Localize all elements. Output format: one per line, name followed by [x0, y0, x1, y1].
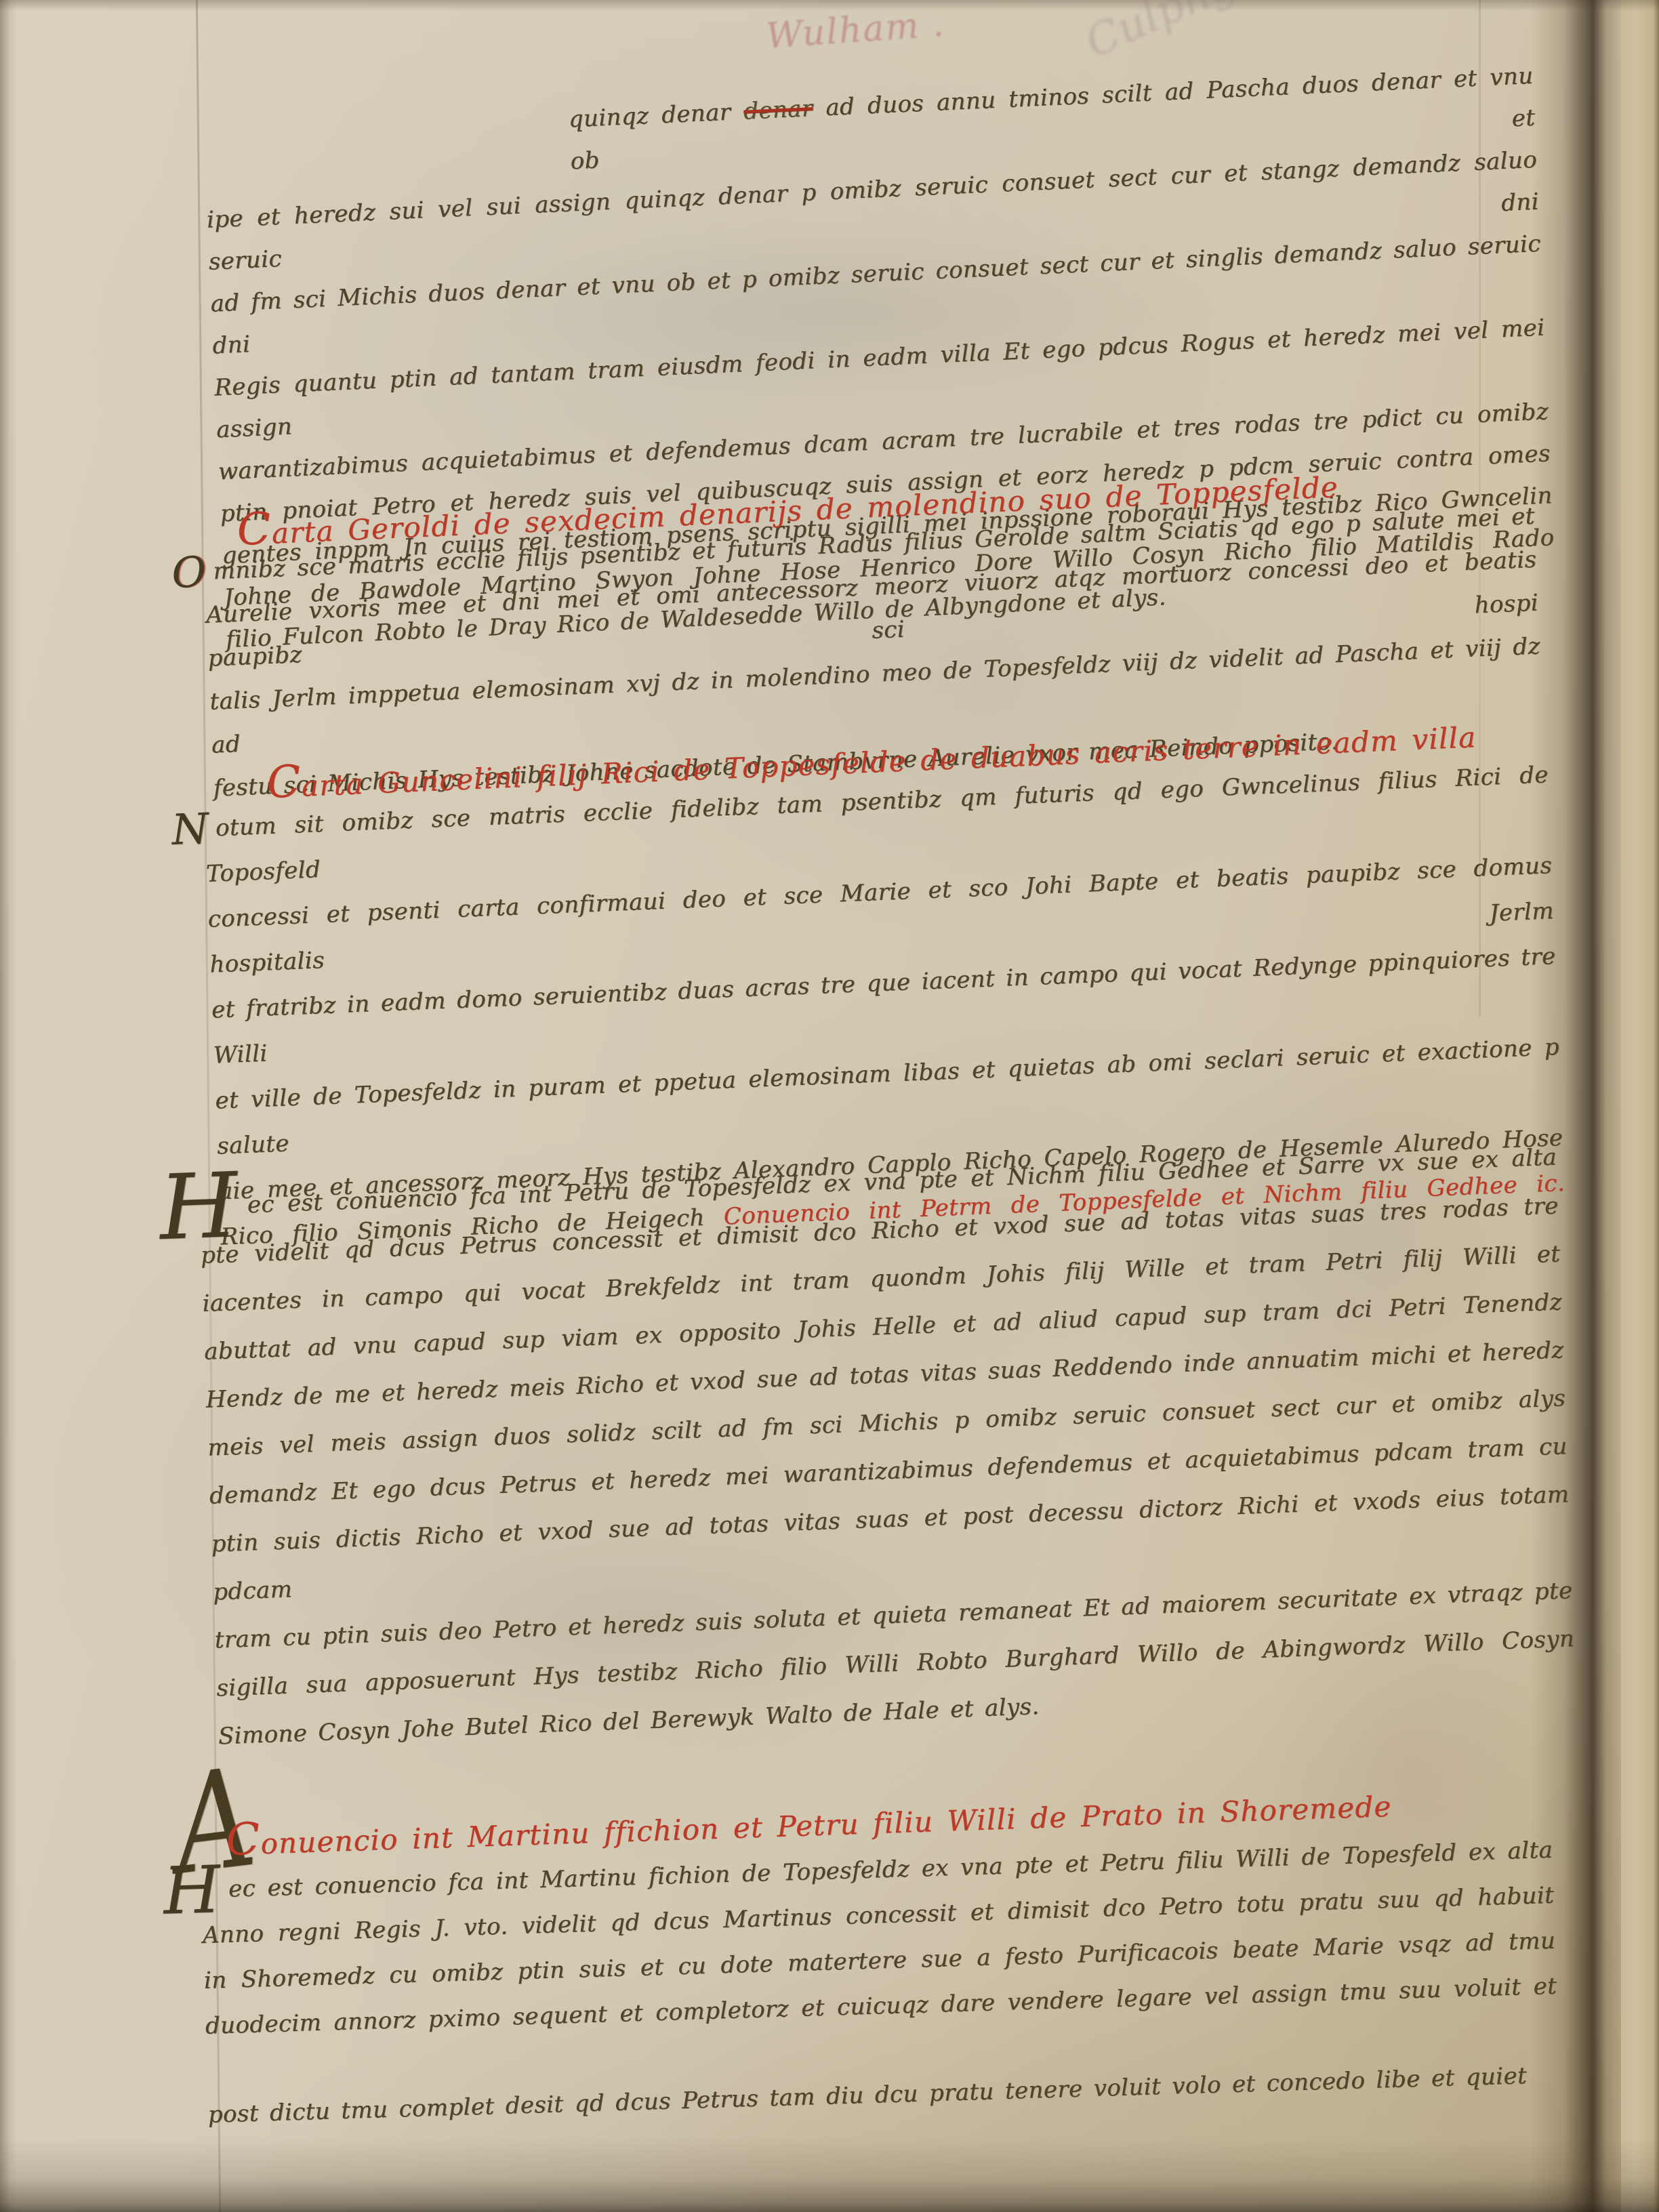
decorated-initial: O: [171, 556, 207, 590]
manuscript-photo: { "page": { "parchment_color": "#d3c9b3"…: [0, 0, 1659, 2212]
manuscript-line: post dictu tmu complet desit qd dcus Pet…: [207, 2053, 1560, 2138]
decorated-initial: H: [159, 1181, 239, 1233]
manuscript-text: quinqz denar: [568, 98, 744, 134]
charter-block-4-conuencio-petri: Hec est conuencio fca int Petru de Topes…: [198, 1133, 1577, 1761]
top-edge-shadow: [0, 0, 1659, 11]
charter-block-5-conuencio-martini: Hec est conuencio fca int Martinu fichio…: [201, 1828, 1560, 2138]
struck-word: denar: [743, 95, 813, 125]
decorated-initial: H: [163, 1870, 221, 1911]
bottom-edge-shadow: [0, 2137, 1659, 2212]
manuscript-text: post dictu tmu complet desit qd dcus Pet…: [207, 2062, 1527, 2129]
decorated-initial: N: [171, 813, 209, 846]
left-edge-shadow: [0, 0, 18, 2212]
adjacent-page-edge: [1621, 0, 1659, 2212]
ink-offset-ghost: Culpng: [1078, 0, 1244, 68]
